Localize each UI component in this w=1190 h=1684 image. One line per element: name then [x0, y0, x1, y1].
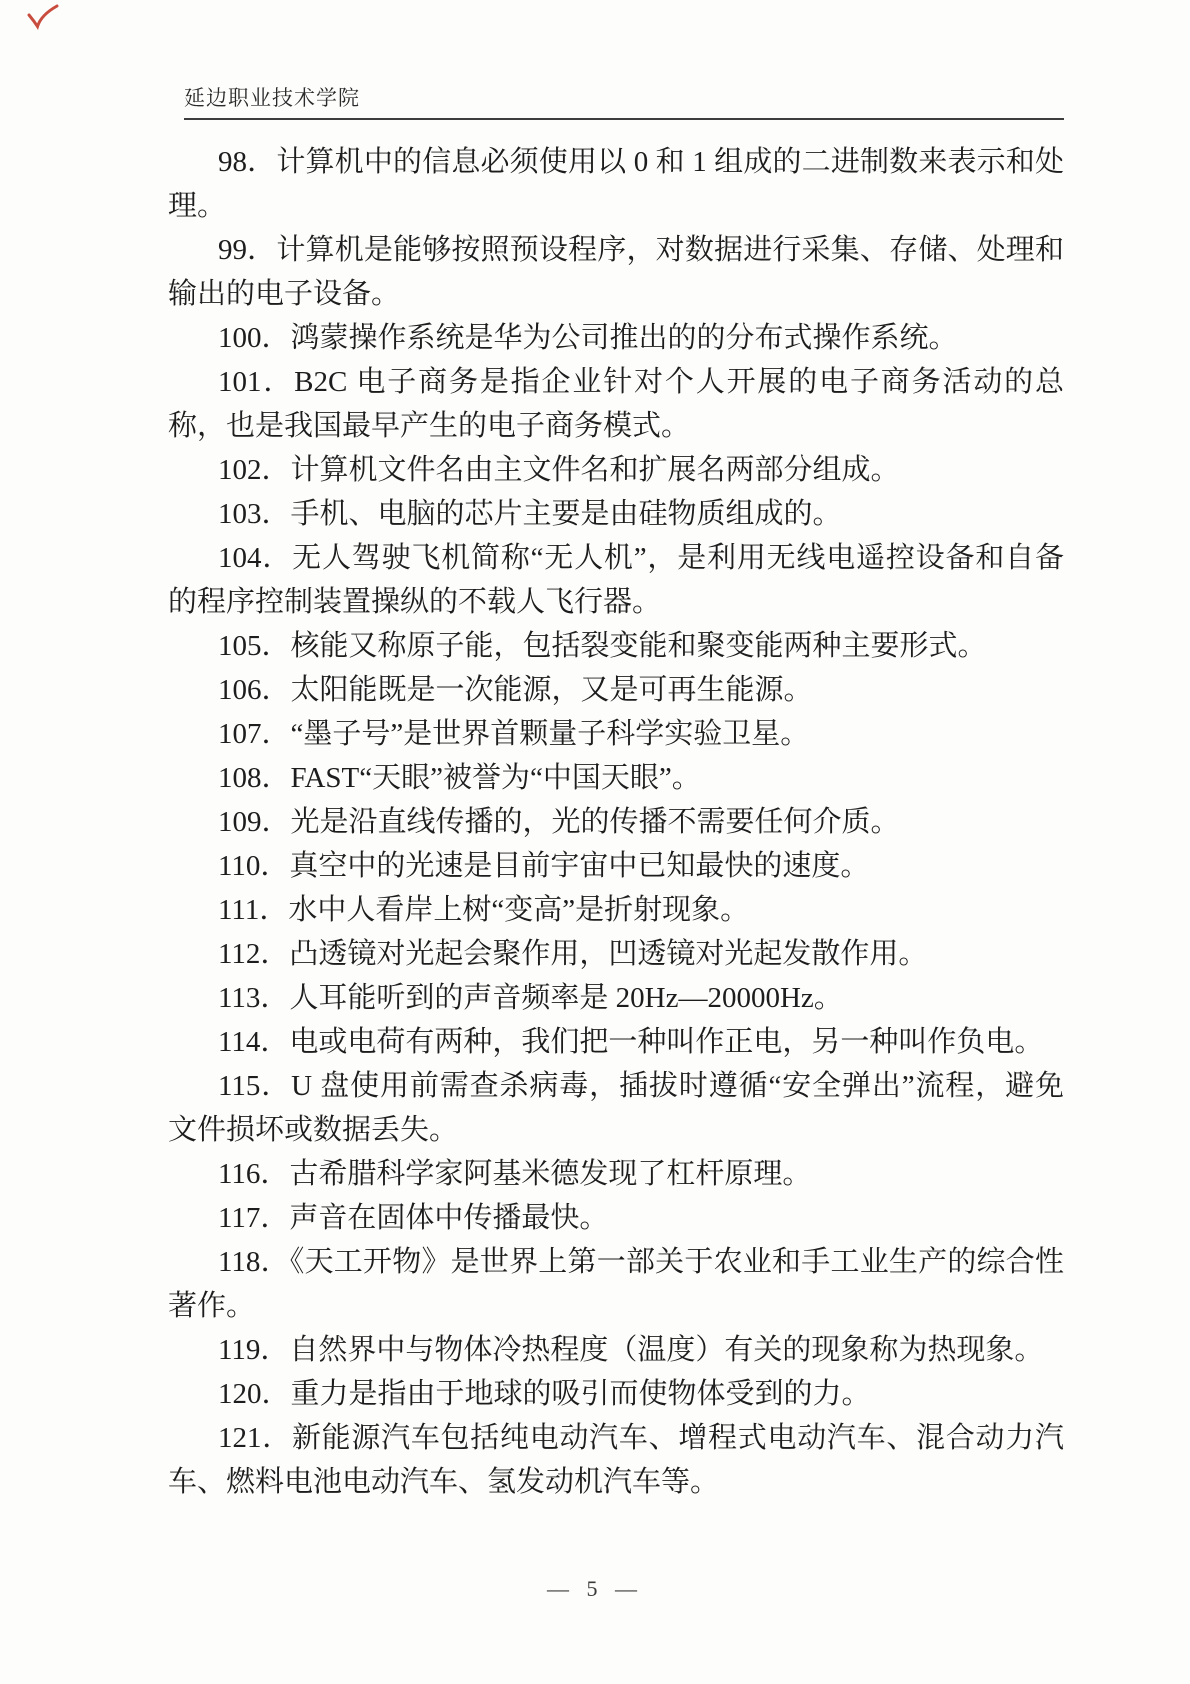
statement-item: 119．自然界中与物体冷热程度（温度）有关的现象称为热现象。 — [168, 1328, 1064, 1372]
statement-item: 109．光是沿直线传播的，光的传播不需要任何介质。 — [168, 800, 1064, 844]
page-number: — 5 — — [0, 1576, 1190, 1602]
statement-item: 114．电或电荷有两种，我们把一种叫作正电，另一种叫作负电。 — [168, 1020, 1064, 1064]
statement-item: 99．计算机是能够按照预设程序，对数据进行采集、存储、处理和输出的电子设备。 — [168, 228, 1064, 316]
statement-item: 107．“墨子号”是世界首颗量子科学实验卫星。 — [168, 712, 1064, 756]
statement-item: 103．手机、电脑的芯片主要是由硅物质组成的。 — [168, 492, 1064, 536]
statement-item: 98．计算机中的信息必须使用以 0 和 1 组成的二进制数来表示和处理。 — [168, 140, 1064, 228]
statement-item: 115．U 盘使用前需查杀病毒，插拔时遵循“安全弹出”流程，避免文件损坏或数据丢… — [168, 1064, 1064, 1152]
statement-item: 102．计算机文件名由主文件名和扩展名两部分组成。 — [168, 448, 1064, 492]
statement-item: 108．FAST“天眼”被誉为“中国天眼”。 — [168, 756, 1064, 800]
statement-item: 116．古希腊科学家阿基米德发现了杠杆原理。 — [168, 1152, 1064, 1196]
statement-item: 111．水中人看岸上树“变高”是折射现象。 — [168, 888, 1064, 932]
statement-item: 113．人耳能听到的声音频率是 20Hz—20000Hz。 — [168, 976, 1064, 1020]
statement-item: 106．太阳能既是一次能源，又是可再生能源。 — [168, 668, 1064, 712]
school-name: 延边职业技术学院 — [184, 86, 360, 110]
statement-item: 117．声音在固体中传播最快。 — [168, 1196, 1064, 1240]
red-pen-tick-icon — [26, 2, 60, 32]
statement-item: 118．《天工开物》是世界上第一部关于农业和手工业生产的综合性著作。 — [168, 1240, 1064, 1328]
statement-item: 105．核能又称原子能，包括裂变能和聚变能两种主要形式。 — [168, 624, 1064, 668]
statement-item: 121．新能源汽车包括纯电动汽车、增程式电动汽车、混合动力汽车、燃料电池电动汽车… — [168, 1416, 1064, 1504]
statement-item: 110．真空中的光速是目前宇宙中已知最快的速度。 — [168, 844, 1064, 888]
statement-item: 100．鸿蒙操作系统是华为公司推出的的分布式操作系统。 — [168, 316, 1064, 360]
page-header: 延边职业技术学院 — [184, 82, 1064, 120]
statement-list: 98．计算机中的信息必须使用以 0 和 1 组成的二进制数来表示和处理。 99．… — [168, 140, 1064, 1504]
statement-item: 104．无人驾驶飞机简称“无人机”，是利用无线电遥控设备和自备的程序控制装置操纵… — [168, 536, 1064, 624]
statement-item: 101．B2C 电子商务是指企业针对个人开展的电子商务活动的总称，也是我国最早产… — [168, 360, 1064, 448]
statement-item: 120．重力是指由于地球的吸引而使物体受到的力。 — [168, 1372, 1064, 1416]
statement-item: 112．凸透镜对光起会聚作用，凹透镜对光起发散作用。 — [168, 932, 1064, 976]
document-page: 延边职业技术学院 98．计算机中的信息必须使用以 0 和 1 组成的二进制数来表… — [0, 0, 1190, 1684]
